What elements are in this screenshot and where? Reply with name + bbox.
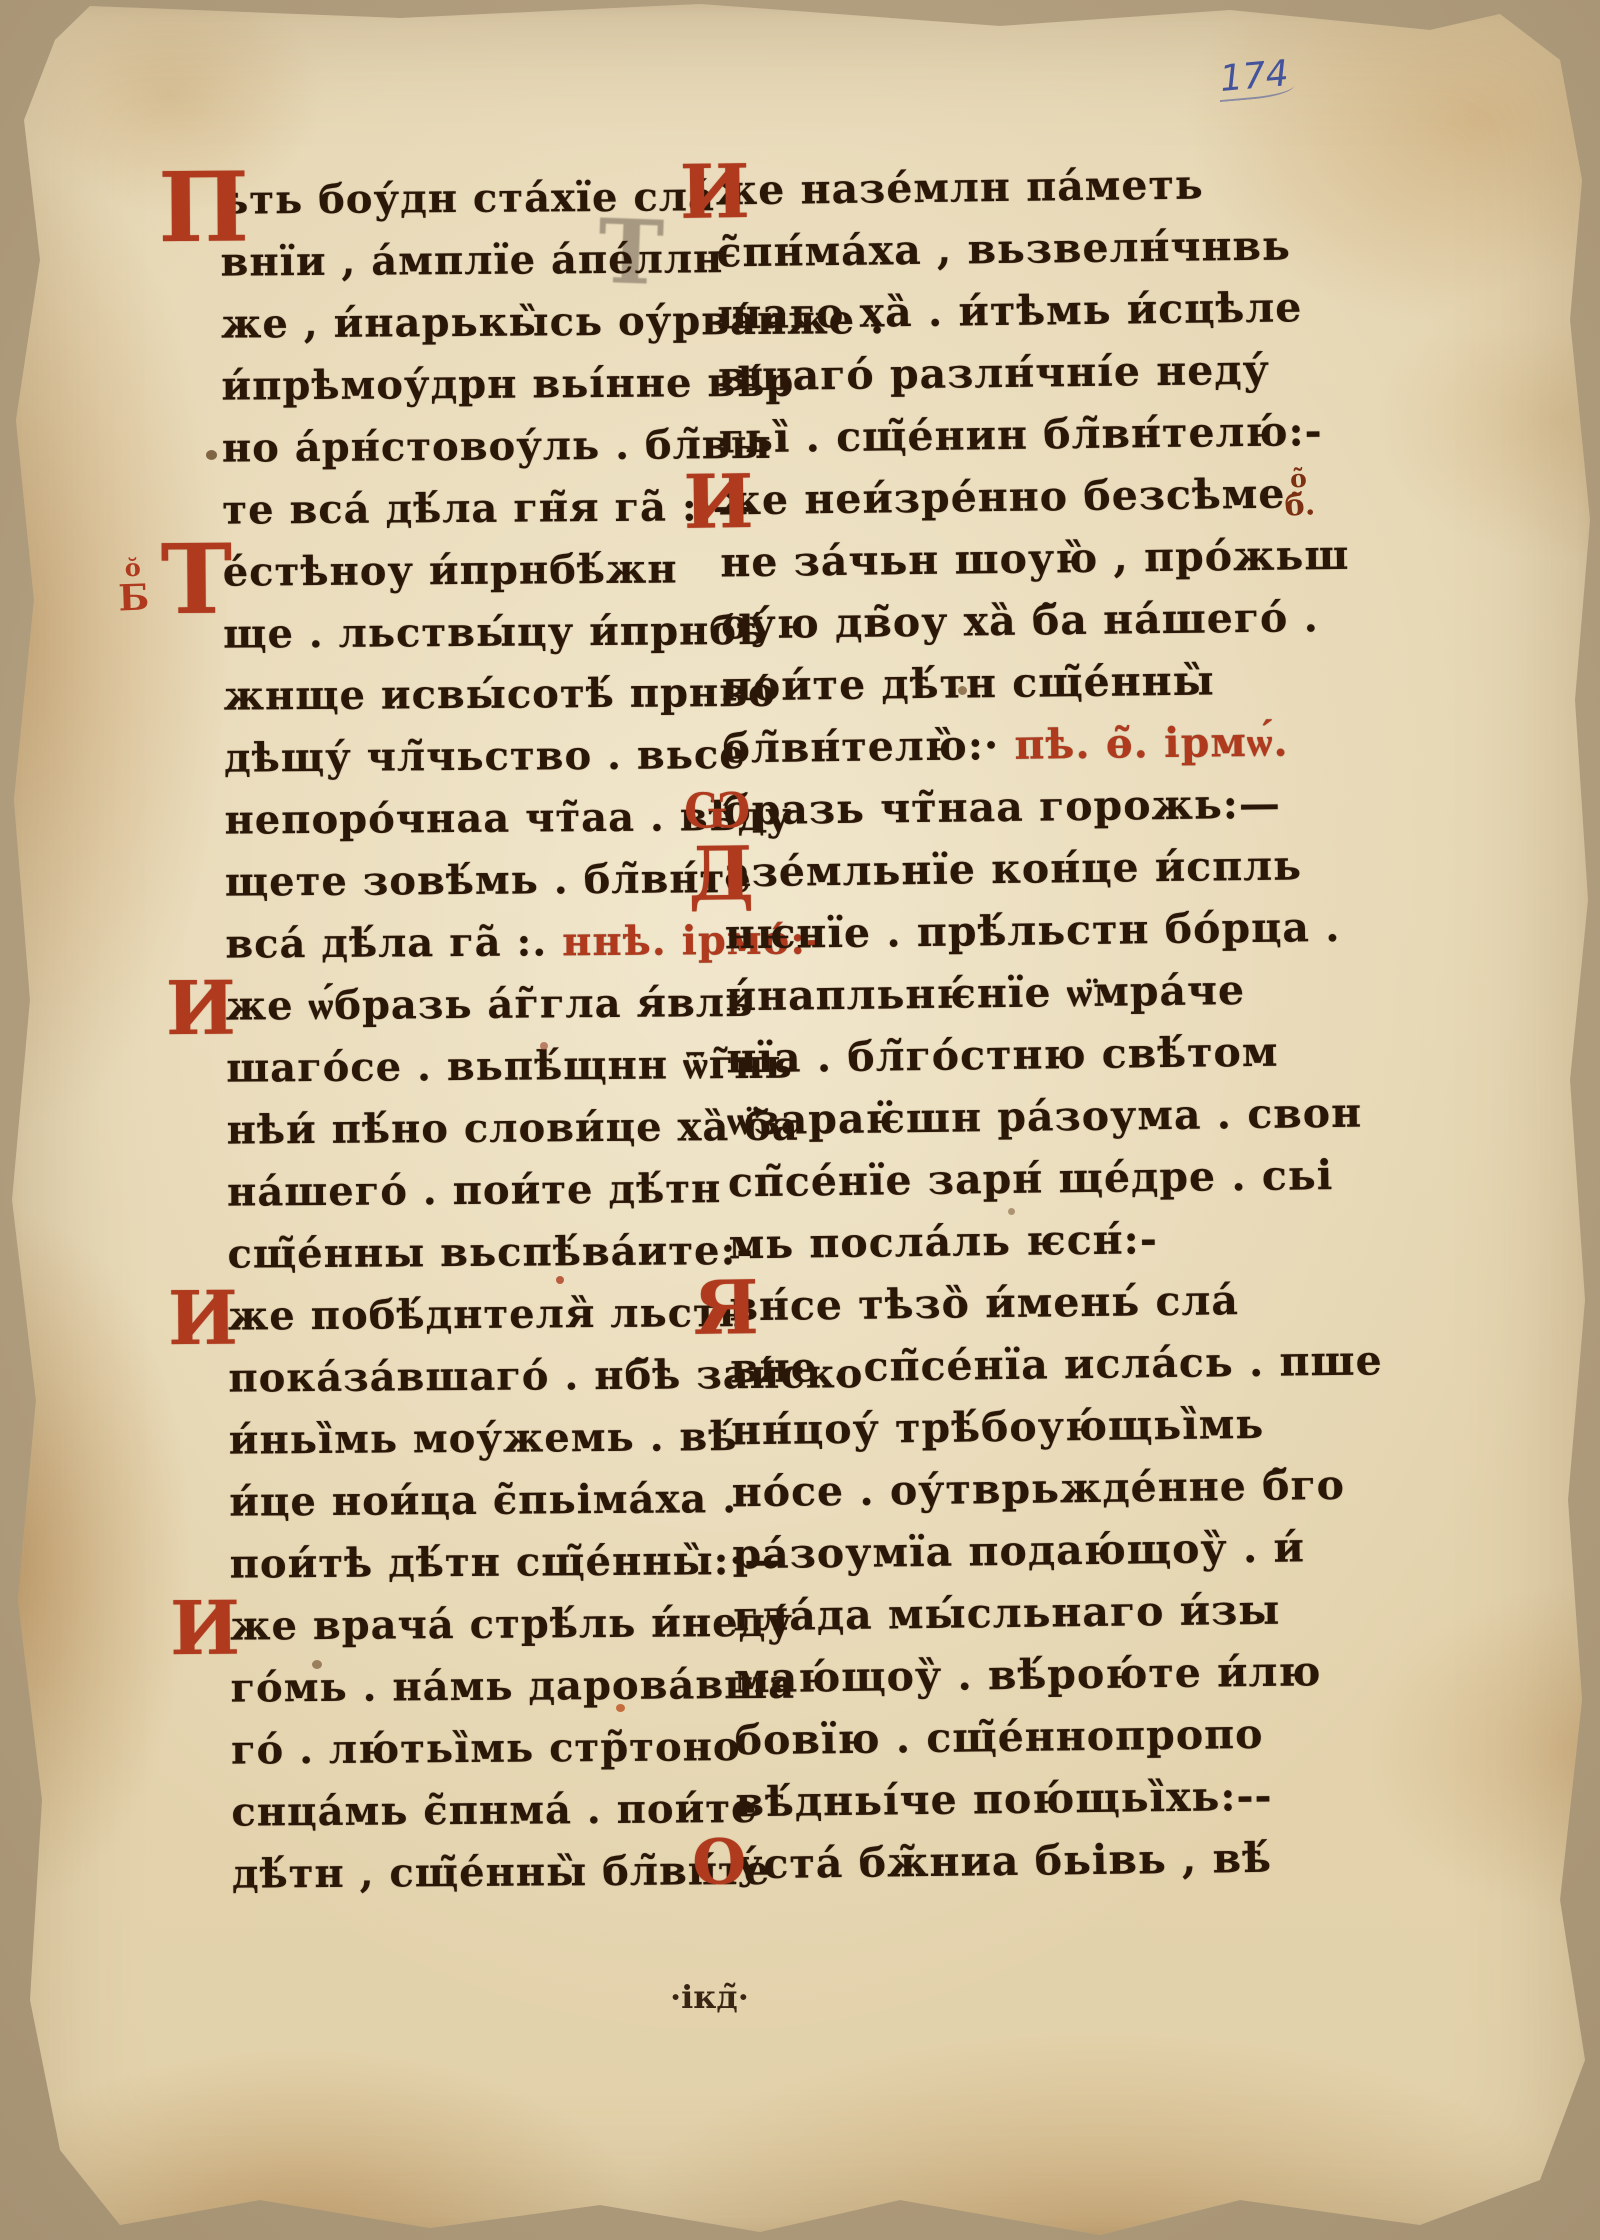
text-line: но а́рн́стовоу́ль . бл̃вы xyxy=(222,414,700,479)
body-text: дѣщу́ чл̃чьство . вьсе xyxy=(224,731,746,782)
text-line: Иже врача́ стрѣ́ль и́неду́ xyxy=(230,1592,708,1657)
text-line: Дазе́мльнїе кон́це и́спль xyxy=(724,835,1285,904)
text-line: го́мь . на́мь дарова́вша xyxy=(230,1654,708,1719)
body-text: бразь чт̃наа горожь:— xyxy=(723,780,1281,835)
column-left: Пѣть боу́дн ста́хїе сла́внїи , а́мплїе а… xyxy=(220,166,710,1905)
body-text: жнще исвы́сотѣ́ прнво́ xyxy=(223,669,775,720)
body-text: же назе́млн па́меть xyxy=(716,161,1204,215)
body-text: не за́чьн шоую̏ , про́жьш xyxy=(720,531,1350,587)
initial-letter: Я xyxy=(693,1271,760,1346)
body-text: вне . сп̃се́нїа исла́сь . пше xyxy=(730,1336,1383,1392)
body-text: и́це нои́ца є̃пьіма́ха . xyxy=(229,1475,737,1526)
text-line: те вса́ дѣ́ла гн̃я га̃ :·— xyxy=(222,476,700,541)
text-line: Иже побѣ́днтеля̏ льстн xyxy=(228,1282,706,1347)
text-line: нѥнїе . прѣ́льстн бо́рца . xyxy=(725,897,1286,966)
body-text: гьі̏ . сщ̃е́нин бл̃вн́телю́:- xyxy=(719,407,1323,462)
body-text: но́се . оу́тврьжде́нне б̃го xyxy=(731,1461,1345,1516)
text-line: нѣи́ пѣ́но слови́це ха̏ б̃а xyxy=(226,1096,704,1161)
text-line: дѣ́тн , сщ̃е́нны̏ бл̃вн́те xyxy=(232,1840,710,1905)
ink-speck xyxy=(616,1704,625,1712)
body-text: маю́щоу̏ . вѣ́рою́те и́лю xyxy=(734,1647,1322,1702)
initial-letter: Ѡ xyxy=(683,781,752,836)
body-text: же врача́ стрѣ́ль и́неду́ xyxy=(230,1599,793,1650)
text-line: нн́цоу́ трѣ́боую́щьі̏мь xyxy=(731,1393,1292,1462)
body-text: нїа . бл̃го́стню свѣ́том xyxy=(726,1028,1279,1083)
text-line: ра́зоумїа подаю́щоу̏ . и́ xyxy=(732,1517,1293,1586)
column-right: Иже назе́млн па́метьє̃пн́ма́ха , вьзвелн… xyxy=(715,153,1296,1896)
text-line: гьі̏ . сщ̃е́нин бл̃вн́телю́:- xyxy=(718,401,1279,470)
text-line: пои́тѣ дѣ́тн сщ̃е́нны̏:·— xyxy=(229,1530,707,1595)
body-text: же ѡ́бразь а́г̃гла я́вль xyxy=(226,979,754,1030)
body-text: и́напльнѥ́нїе ѡ̈мра́че xyxy=(725,966,1245,1020)
body-text: шаго́се . вьпѣ́щнн ѿг̃нь xyxy=(226,1041,793,1092)
text-line: бовїю . сщ̃е́ннопропо xyxy=(734,1703,1295,1772)
text-line: ѡ̈зараѥ̈шн ра́зоума . свон xyxy=(727,1083,1288,1152)
body-text: вшаго́ разлн́чні́е неду́ xyxy=(718,346,1270,401)
text-line: снца́мь є̃пнма́ . пои́те xyxy=(231,1778,709,1843)
body-text: снца́мь є̃пнма́ . пои́те xyxy=(231,1785,757,1836)
body-text: сщ̃е́нны вьспѣ́ва́ите:- xyxy=(227,1227,754,1278)
text-line: же , и́нарькы̏сь оу́рва́нже . xyxy=(221,290,699,355)
text-line: є̃пн́ма́ха , вьзвелн́чнвь xyxy=(716,215,1277,284)
text-line: Ѡбразь чт̃наа горожь:— xyxy=(723,773,1284,842)
text-line: Иже ѡ́бразь а́г̃гла я́вль xyxy=(226,972,704,1037)
body-text: нн́цоу́ трѣ́боую́щьі̏мь xyxy=(731,1400,1265,1455)
text-line: непоро́чнаа чт̃аа . вѣ́ду xyxy=(224,786,702,851)
text-line: сп̃се́нїе зарн́ ще́дре . сьі xyxy=(728,1145,1289,1214)
body-text: е́стѣноу и́прнбѣ́жн xyxy=(223,546,678,596)
right-margin-mark-bottom: б̃. xyxy=(1284,487,1316,524)
text-line: не за́чьн шоую̏ , про́жьш xyxy=(720,525,1281,594)
body-text: и́прѣмоу́дрн вьі́нне вѣ́р xyxy=(221,359,794,410)
text-line: Оу́ста́ бж̃ниа бьівь , вѣ́ xyxy=(736,1827,1297,1896)
body-text: вса́ дѣ́ла га̃ :. xyxy=(225,918,562,967)
initial-letter: И xyxy=(683,465,755,540)
body-text: сп̃се́нїе зарн́ ще́дре . сьі xyxy=(728,1151,1334,1206)
body-text: ѣть боу́дн ста́хїе сла́ xyxy=(220,173,715,223)
body-text: вѣ́дньі́че пою́щьі̏хь:-- xyxy=(735,1772,1273,1827)
body-text: шаго ха̏ . и́тѣмь и́сцѣле xyxy=(717,283,1303,338)
text-line: щете зовѣ́мь . бл̃вн́те xyxy=(225,848,703,913)
text-line: го́ . лю́тьі̏мь стр̃тоно xyxy=(231,1716,709,1781)
text-line: на́шего́ . пои́те дѣ́тн xyxy=(227,1158,705,1223)
initial-letter: О xyxy=(692,1831,748,1894)
ink-speck xyxy=(1008,1208,1015,1215)
body-text: пои́те дѣ́тн сщ̃е́нны̏ xyxy=(722,656,1215,710)
text-line: Те́стѣноу и́прнбѣ́жн xyxy=(223,538,701,603)
text-line: гла́да мы́сльнаго и́зы xyxy=(733,1579,1294,1648)
body-text: те вса́ дѣ́ла гн̃я га̃ :·— xyxy=(222,483,754,534)
text-line: мь посла́ль ѥсн́:- xyxy=(728,1207,1289,1276)
manuscript-page: 174 Т Пѣть боу́дн ста́хїе сла́внїи , а́м… xyxy=(0,0,1600,2240)
text-line: нїа . бл̃го́стню свѣ́том xyxy=(726,1021,1287,1090)
text-line: вне . сп̃се́нїа исла́сь . пше xyxy=(730,1331,1291,1400)
text-line: шаго́се . вьпѣ́щнн ѿг̃нь xyxy=(226,1034,704,1099)
initial-letter: И xyxy=(170,1592,241,1666)
text-line: вса́ дѣ́ла га̃ :. ннѣ. ірмо́:- xyxy=(225,910,703,975)
text-line: дѣщу́ чл̃чьство . вьсе xyxy=(224,724,702,789)
left-margin-mark: о̆ Б xyxy=(117,555,150,616)
body-text: и́ньі̏мь моу́жемь . вѣ́ xyxy=(229,1413,738,1464)
body-text: дѣ́тн , сщ̃е́нны̏ бл̃вн́те xyxy=(232,1847,771,1898)
body-text: го́ . лю́тьі̏мь стр̃тоно xyxy=(231,1723,741,1774)
body-text: пои́тѣ дѣ́тн сщ̃е́нны̏:·— xyxy=(230,1537,786,1588)
text-line: вшаго́ разлн́чні́е неду́ xyxy=(718,339,1279,408)
rubric-text: пѣ. ѳ̃. ірмѡ́. xyxy=(1014,718,1289,769)
body-text: нѥнїе . прѣ́льстн бо́рца . xyxy=(725,903,1341,959)
ink-speck xyxy=(540,1042,548,1050)
text-line: пока́за́вшаго́ . нб̃ѣ заи́ско xyxy=(228,1344,706,1409)
text-line: вѣ́дньі́че пою́щьі̏хь:-- xyxy=(735,1765,1296,1834)
text-line: но́се . оу́тврьжде́нне б̃го xyxy=(731,1455,1292,1524)
body-text: на́шего́ . пои́те дѣ́тн xyxy=(227,1165,722,1215)
body-text: щете зовѣ́мь . бл̃вн́те xyxy=(225,855,752,906)
initial-letter: Д xyxy=(688,837,756,912)
body-text: бл̃вн́телю̏:· xyxy=(722,721,1014,773)
text-line: Иже назе́млн па́меть xyxy=(715,153,1276,222)
initial-letter: И xyxy=(168,1282,239,1356)
worm-hole xyxy=(312,1660,322,1669)
body-text: бовїю . сщ̃е́ннопропо xyxy=(734,1710,1263,1764)
ink-speck xyxy=(958,686,967,695)
text-line: Явн́се тѣзо̏ и́мень́ сла́ xyxy=(729,1269,1290,1338)
body-text: нѣи́ пѣ́но слови́це ха̏ б̃а xyxy=(226,1103,799,1154)
text-line: и́це нои́ца є̃пьіма́ха . xyxy=(229,1468,707,1533)
body-text: у́ста́ бж̃ниа бьівь , вѣ́ xyxy=(736,1834,1272,1889)
text-line: пои́те дѣ́тн сщ̃е́нны̏ xyxy=(721,649,1282,718)
body-text: же неи́зре́нно безсѣме xyxy=(719,470,1285,525)
body-text: мь посла́ль ѥсн́:- xyxy=(728,1215,1158,1268)
text-line: Иже неи́зре́нно безсѣме xyxy=(719,463,1280,532)
body-text: внїи , а́мплїе а́пе́ллн xyxy=(220,235,723,286)
body-text: ѡ̈зараѥ̈шн ра́зоума . свон xyxy=(727,1089,1363,1145)
text-line: Пѣть боу́дн ста́хїе сла́ xyxy=(220,166,698,231)
body-text: ра́зоумїа подаю́щоу̏ . и́ xyxy=(732,1523,1305,1578)
ink-speck xyxy=(556,1276,564,1284)
body-text: гла́да мы́сльнаго и́зы xyxy=(733,1586,1281,1641)
initial-letter: И xyxy=(679,155,751,230)
body-text: оу́ю дв̃оу ха̏ б̃а на́шего́ . xyxy=(721,593,1319,648)
text-line: сщ̃е́нны вьспѣ́ва́ите:- xyxy=(227,1220,705,1285)
text-line: жнще исвы́сотѣ́ прнво́ xyxy=(223,662,701,727)
text-line: и́ньі̏мь моу́жемь . вѣ́ xyxy=(229,1406,707,1471)
initial-letter: И xyxy=(166,972,237,1046)
text-line: бл̃вн́телю̏:· пѣ. ѳ̃. ірмѡ́. xyxy=(722,711,1283,780)
body-text: вн́се тѣзо̏ и́мень́ сла́ xyxy=(729,1276,1239,1330)
quire-signature: ·ікд̃· xyxy=(670,1978,749,2016)
text-line: оу́ю дв̃оу ха̏ б̃а на́шего́ . xyxy=(721,587,1282,656)
body-text: ще . льствы́цу и́прнбѣ́ xyxy=(223,607,766,658)
left-margin-mark-bottom: Б xyxy=(118,576,150,619)
body-text: же побѣ́днтеля̏ льстн xyxy=(228,1289,749,1340)
text-line: ще . льствы́цу и́прнбѣ́ xyxy=(223,600,701,665)
body-text: азе́мльнїе кон́це и́спль xyxy=(724,841,1302,896)
text-line: и́напльнѥ́нїе ѡ̈мра́че xyxy=(725,959,1286,1028)
text-line: и́прѣмоу́дрн вьі́нне вѣ́р xyxy=(221,352,699,417)
text-line: шаго ха̏ . и́тѣмь и́сцѣле xyxy=(717,277,1278,346)
text-line: внїи , а́мплїе а́пе́ллн xyxy=(220,228,698,293)
worm-hole xyxy=(206,450,217,460)
body-text: є̃пн́ма́ха , вьзвелн́чнвь xyxy=(716,221,1291,276)
right-margin-mark: о̃ б̃. xyxy=(1283,465,1316,522)
text-line: маю́щоу̏ . вѣ́рою́те и́лю xyxy=(734,1641,1295,1710)
